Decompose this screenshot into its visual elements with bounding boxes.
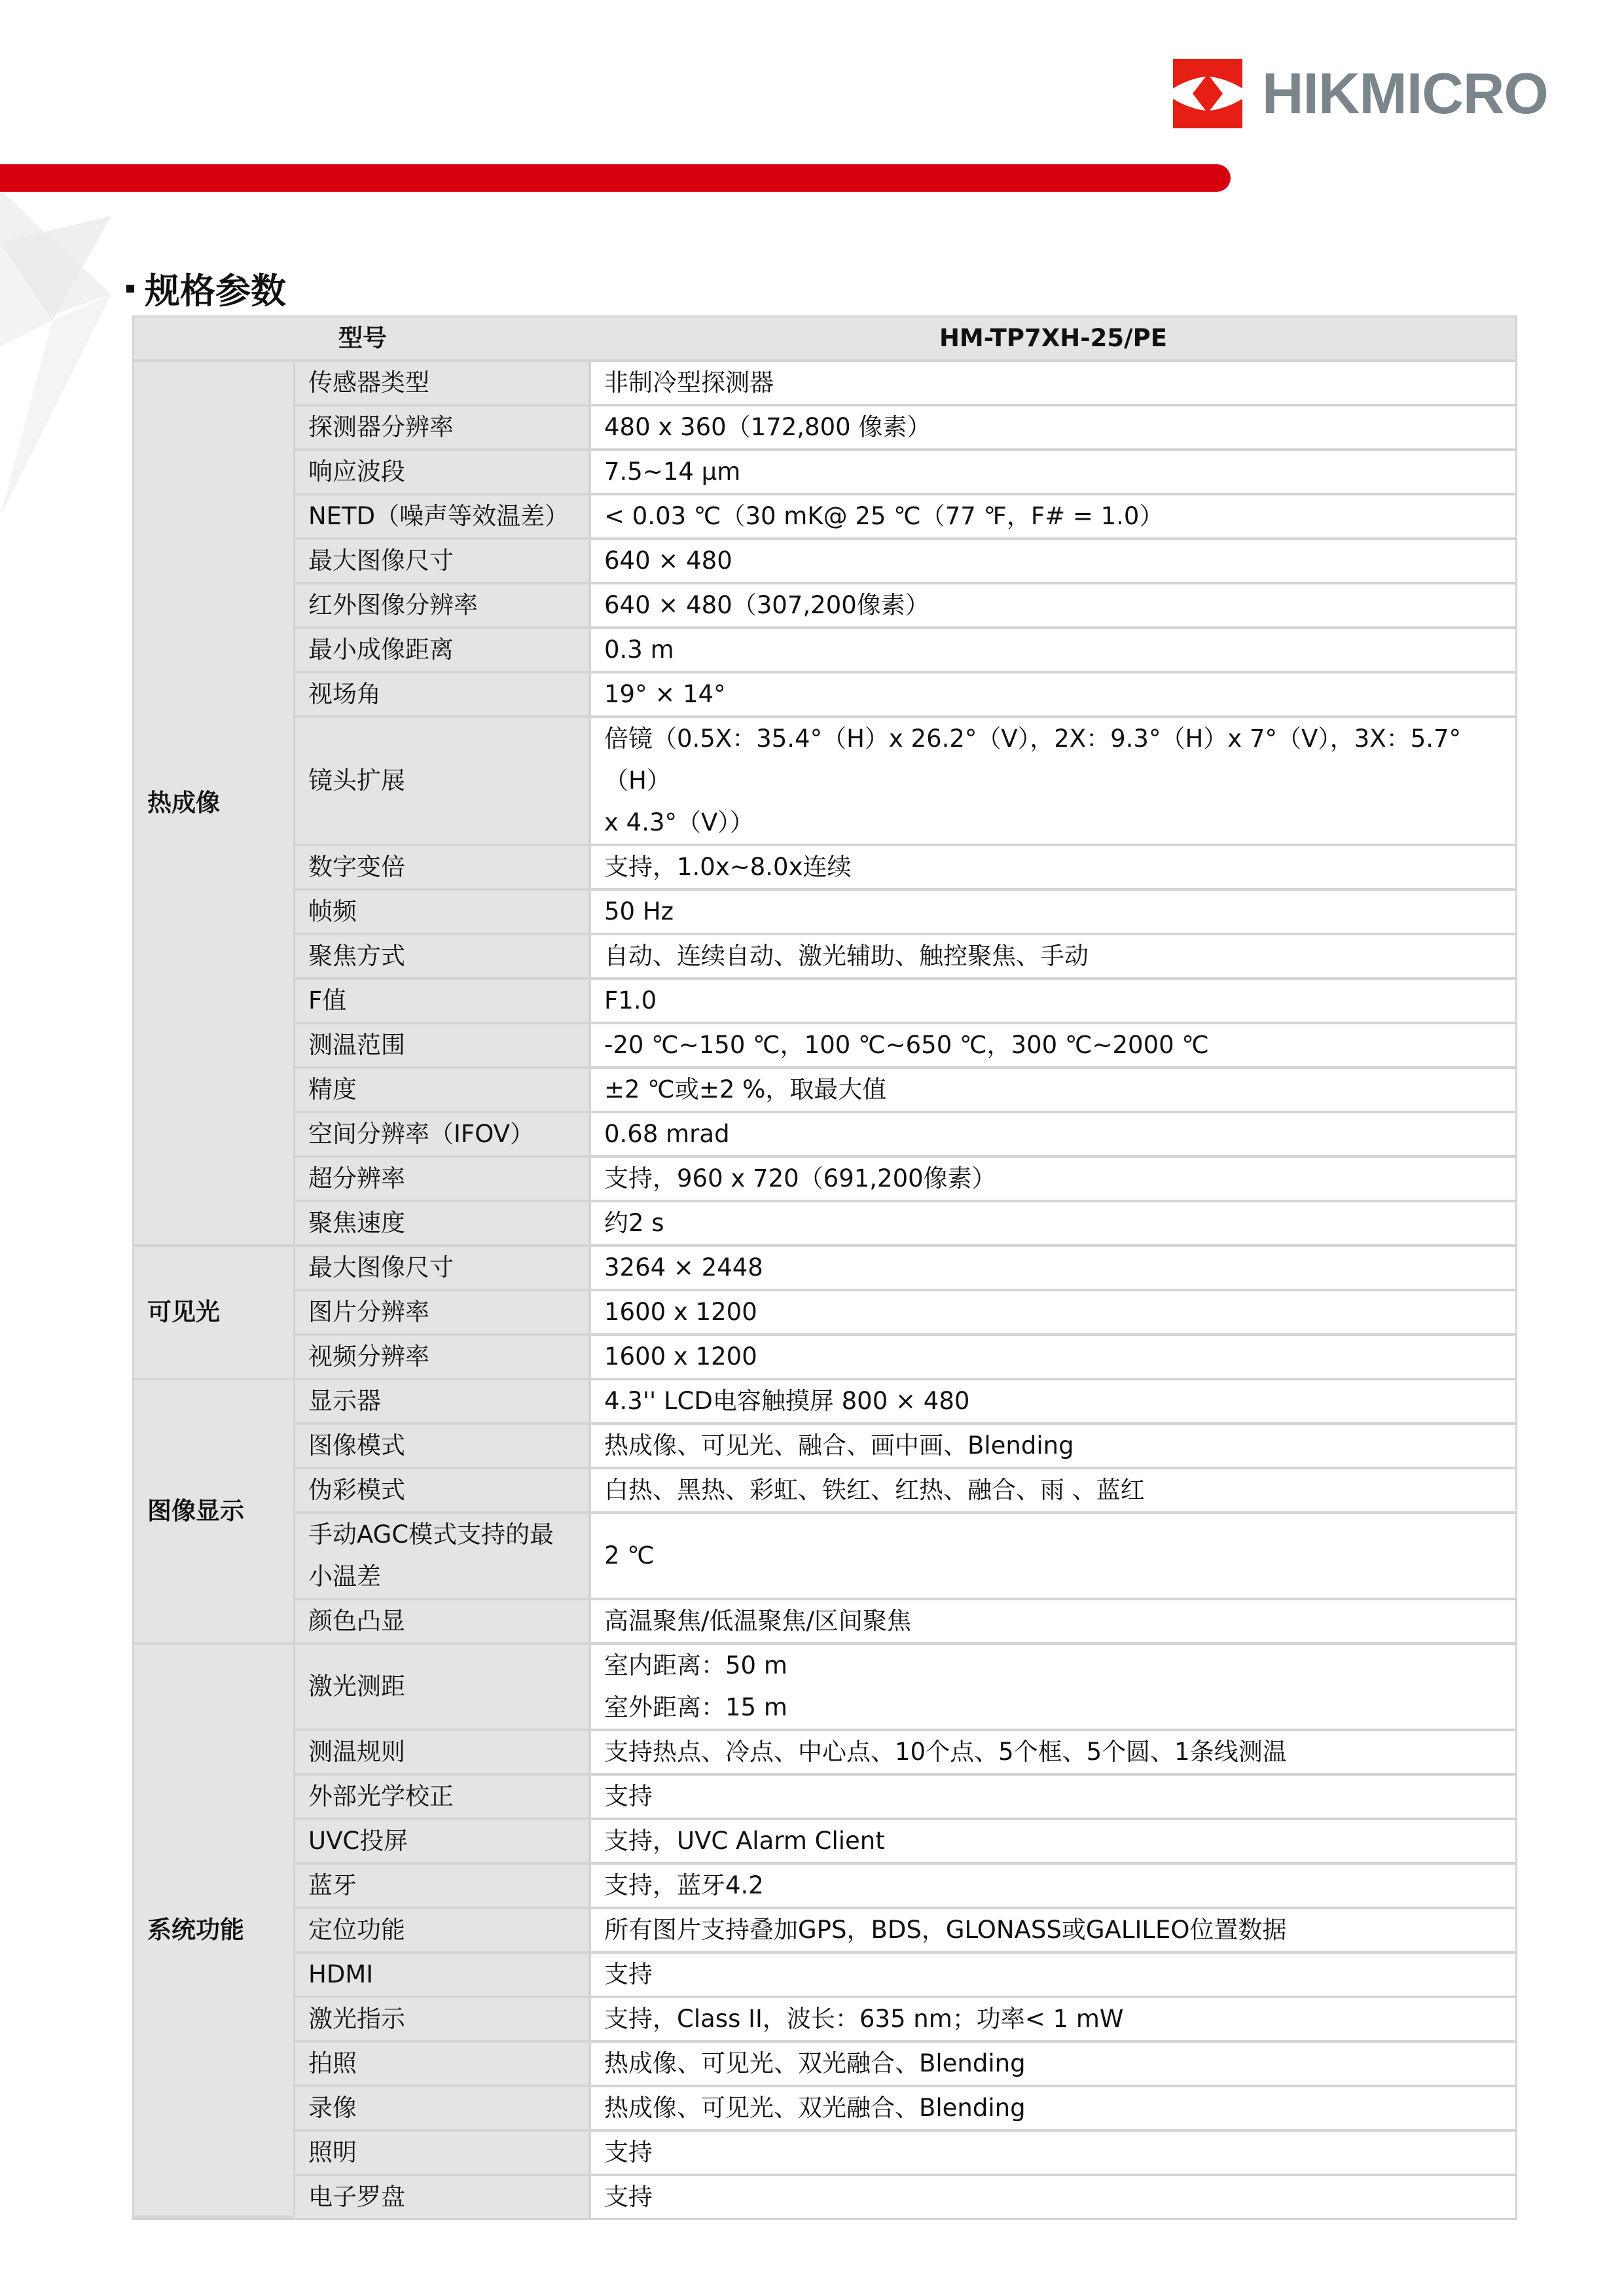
table-header-row: 型号 HM-TP7XH-25/PE — [134, 317, 1515, 362]
spec-value-line: 高温聚焦/低温聚焦/区间聚焦 — [604, 1600, 1502, 1642]
spec-value: 室内距离：50 m室外距离：15 m — [591, 1645, 1515, 1731]
category-cell: 图像显示 — [134, 1380, 295, 1645]
spec-value: 支持，Class II，波长：635 nm；功率< 1 mW — [591, 1998, 1515, 2043]
spec-value: 1600 x 1200 — [591, 1291, 1515, 1336]
table-row: 聚焦方式自动、连续自动、激光辅助、触控聚焦、手动 — [134, 935, 1515, 980]
spec-value: 支持 — [591, 2132, 1515, 2176]
spec-key: HDMI — [295, 1954, 591, 1998]
table-row: 探测器分辨率480 x 360（172,800 像素） — [134, 406, 1515, 451]
spec-value-line: 支持 — [604, 2132, 1502, 2174]
spec-value-line: 50 Hz — [604, 891, 1502, 933]
table-row: 超分辨率支持，960 x 720（691,200像素） — [134, 1158, 1515, 1202]
spec-value: 高温聚焦/低温聚焦/区间聚焦 — [591, 1600, 1515, 1645]
bullet-icon — [126, 285, 134, 293]
spec-value: 非制冷型探测器 — [591, 362, 1515, 406]
table-row: 激光指示支持，Class II，波长：635 nm；功率< 1 mW — [134, 1998, 1515, 2043]
table-row: 定位功能所有图片支持叠加GPS，BDS，GLONASS或GALILEO位置数据 — [134, 1909, 1515, 1954]
spec-value-line: F1.0 — [604, 980, 1502, 1022]
spec-key: 最小成像距离 — [295, 629, 591, 673]
spec-key: 聚焦方式 — [295, 935, 591, 980]
table-row: 镜头扩展倍镜（0.5X：35.4°（H）x 26.2°（V），2X：9.3°（H… — [134, 718, 1515, 846]
spec-key: 照明 — [295, 2132, 591, 2176]
decorative-triangles — [0, 190, 118, 530]
model-value: HM-TP7XH-25/PE — [591, 317, 1515, 362]
spec-value-line: 640 × 480（307,200像素） — [604, 584, 1502, 626]
table-row: 蓝牙支持，蓝牙4.2 — [134, 1865, 1515, 1909]
spec-key: 最大图像尺寸 — [295, 540, 591, 584]
table-row: 手动AGC模式支持的最小温差2 ℃ — [134, 1514, 1515, 1600]
spec-value: 白热、黑热、彩虹、铁红、红热、融合、雨 、蓝红 — [591, 1469, 1515, 1514]
table-row: 颜色凸显高温聚焦/低温聚焦/区间聚焦 — [134, 1600, 1515, 1645]
spec-value: 4.3'' LCD电容触摸屏 800 × 480 — [591, 1380, 1515, 1425]
spec-value-line: 3264 × 2448 — [604, 1247, 1502, 1289]
spec-value-line: 1600 x 1200 — [604, 1336, 1502, 1378]
spec-value: 支持热点、冷点、中心点、10个点、5个框、5个圆、1条线测温 — [591, 1731, 1515, 1776]
spec-value-line: 热成像、可见光、双光融合、Blending — [604, 2043, 1502, 2085]
table-row: 视场角19° × 14° — [134, 673, 1515, 718]
table-row: 测温规则支持热点、冷点、中心点、10个点、5个框、5个圆、1条线测温 — [134, 1731, 1515, 1776]
spec-key: 视场角 — [295, 673, 591, 718]
table-row: 图像显示显示器4.3'' LCD电容触摸屏 800 × 480 — [134, 1380, 1515, 1425]
spec-value-line: 支持，Class II，波长：635 nm；功率< 1 mW — [604, 1998, 1502, 2040]
spec-value: 自动、连续自动、激光辅助、触控聚焦、手动 — [591, 935, 1515, 980]
spec-key: 外部光学校正 — [295, 1776, 591, 1820]
table-row: 图片分辨率1600 x 1200 — [134, 1291, 1515, 1336]
model-label: 型号 — [134, 317, 591, 362]
table-row: 帧频50 Hz — [134, 891, 1515, 935]
spec-key: 传感器类型 — [295, 362, 591, 406]
spec-value-line: x 4.3°（V）） — [604, 802, 1502, 844]
spec-key: 定位功能 — [295, 1909, 591, 1954]
spec-value-line: 支持 — [604, 1776, 1502, 1818]
spec-value-line: 非制冷型探测器 — [604, 362, 1502, 404]
section-title-text: 规格参数 — [145, 263, 286, 314]
spec-key: 空间分辨率（IFOV） — [295, 1113, 591, 1158]
spec-value: 支持，1.0x~8.0x连续 — [591, 846, 1515, 891]
spec-value: ±2 ℃或±2 %，取最大值 — [591, 1069, 1515, 1113]
spec-value: 640 × 480（307,200像素） — [591, 584, 1515, 629]
hikmicro-logo-icon — [1173, 59, 1242, 128]
spec-value-line: 640 × 480 — [604, 540, 1502, 582]
spec-value: 0.3 m — [591, 629, 1515, 673]
spec-value: 2 ℃ — [591, 1514, 1515, 1600]
table-row: 最大图像尺寸640 × 480 — [134, 540, 1515, 584]
spec-value-line: 白热、黑热、彩虹、铁红、红热、融合、雨 、蓝红 — [604, 1469, 1502, 1511]
spec-value-line: -20 ℃~150 ℃，100 ℃~650 ℃，300 ℃~2000 ℃ — [604, 1024, 1502, 1066]
spec-key: 显示器 — [295, 1380, 591, 1425]
spec-key: 录像 — [295, 2087, 591, 2132]
spec-key: F值 — [295, 980, 591, 1024]
spec-value-line: 热成像、可见光、双光融合、Blending — [604, 2087, 1502, 2129]
spec-key: 探测器分辨率 — [295, 406, 591, 451]
spec-value: 支持，UVC Alarm Client — [591, 1820, 1515, 1865]
spec-value: 热成像、可见光、双光融合、Blending — [591, 2043, 1515, 2087]
table-row: 红外图像分辨率640 × 480（307,200像素） — [134, 584, 1515, 629]
spec-value-line: 热成像、可见光、融合、画中画、Blending — [604, 1425, 1502, 1467]
table-row: 视频分辨率1600 x 1200 — [134, 1336, 1515, 1380]
brand-logo: HIKMICRO — [1173, 59, 1548, 128]
spec-value: 640 × 480 — [591, 540, 1515, 584]
category-cell: 可见光 — [134, 1247, 295, 1380]
spec-value-line: 4.3'' LCD电容触摸屏 800 × 480 — [604, 1380, 1502, 1422]
table-row: F值F1.0 — [134, 980, 1515, 1024]
spec-value: -20 ℃~150 ℃，100 ℃~650 ℃，300 ℃~2000 ℃ — [591, 1024, 1515, 1069]
spec-value-line: 支持 — [604, 2176, 1502, 2218]
spec-key: 最大图像尺寸 — [295, 1247, 591, 1291]
table-row: 照明支持 — [134, 2132, 1515, 2176]
spec-key: 手动AGC模式支持的最小温差 — [295, 1514, 591, 1600]
spec-value: < 0.03 ℃（30 mK@ 25 ℃（77 ℉，F# = 1.0） — [591, 495, 1515, 540]
table-row: 外部光学校正支持 — [134, 1776, 1515, 1820]
spec-key: 数字变倍 — [295, 846, 591, 891]
spec-key: 精度 — [295, 1069, 591, 1113]
table-row: HDMI支持 — [134, 1954, 1515, 1998]
spec-key: 激光测距 — [295, 1645, 591, 1731]
spec-value: 所有图片支持叠加GPS，BDS，GLONASS或GALILEO位置数据 — [591, 1909, 1515, 1954]
table-row: 测温范围-20 ℃~150 ℃，100 ℃~650 ℃，300 ℃~2000 ℃ — [134, 1024, 1515, 1069]
spec-key: 超分辨率 — [295, 1158, 591, 1202]
spec-value-line: 所有图片支持叠加GPS，BDS，GLONASS或GALILEO位置数据 — [604, 1909, 1502, 1951]
table-row: NETD（噪声等效温差）< 0.03 ℃（30 mK@ 25 ℃（77 ℉，F#… — [134, 495, 1515, 540]
spec-value-line: 480 x 360（172,800 像素） — [604, 406, 1502, 448]
spec-key: 激光指示 — [295, 1998, 591, 2043]
spec-value: 支持 — [591, 2176, 1515, 2218]
spec-key: 帧频 — [295, 891, 591, 935]
table-row: UVC投屏支持，UVC Alarm Client — [134, 1820, 1515, 1865]
spec-key: 测温范围 — [295, 1024, 591, 1069]
spec-value: 支持，蓝牙4.2 — [591, 1865, 1515, 1909]
section-title: 规格参数 — [126, 263, 286, 314]
table-row: 拍照热成像、可见光、双光融合、Blending — [134, 2043, 1515, 2087]
spec-value: 倍镜（0.5X：35.4°（H）x 26.2°（V），2X：9.3°（H）x 7… — [591, 718, 1515, 846]
spec-key: 电子罗盘 — [295, 2176, 591, 2218]
category-cell: 系统功能 — [134, 1645, 295, 2218]
spec-value-line: 支持，1.0x~8.0x连续 — [604, 846, 1502, 888]
spec-value: 0.68 mrad — [591, 1113, 1515, 1158]
spec-value-line: 7.5~14 μm — [604, 451, 1502, 493]
spec-key: 颜色凸显 — [295, 1600, 591, 1645]
spec-key: 镜头扩展 — [295, 718, 591, 846]
category-cell: 热成像 — [134, 362, 295, 1247]
table-row: 系统功能激光测距室内距离：50 m室外距离：15 m — [134, 1645, 1515, 1731]
table-row: 数字变倍支持，1.0x~8.0x连续 — [134, 846, 1515, 891]
spec-value: F1.0 — [591, 980, 1515, 1024]
table-row: 聚焦速度约2 s — [134, 1202, 1515, 1247]
spec-value-line: 支持 — [604, 1954, 1502, 1996]
spec-value-line: 室外距离：15 m — [604, 1687, 1502, 1729]
spec-key: 拍照 — [295, 2043, 591, 2087]
spec-key: 图片分辨率 — [295, 1291, 591, 1336]
header-red-bar — [0, 164, 1231, 192]
spec-value-line: 支持热点、冷点、中心点、10个点、5个框、5个圆、1条线测温 — [604, 1731, 1502, 1773]
spec-value: 约2 s — [591, 1202, 1515, 1247]
spec-value-line: 支持，UVC Alarm Client — [604, 1820, 1502, 1862]
spec-value: 支持，960 x 720（691,200像素） — [591, 1158, 1515, 1202]
table-row: 录像热成像、可见光、双光融合、Blending — [134, 2087, 1515, 2132]
table-row: 空间分辨率（IFOV）0.68 mrad — [134, 1113, 1515, 1158]
spec-value-line: 支持，蓝牙4.2 — [604, 1865, 1502, 1907]
spec-value-line: 约2 s — [604, 1202, 1502, 1244]
spec-key: UVC投屏 — [295, 1820, 591, 1865]
spec-value-line: 倍镜（0.5X：35.4°（H）x 26.2°（V），2X：9.3°（H）x 7… — [604, 718, 1502, 802]
spec-key: 视频分辨率 — [295, 1336, 591, 1380]
spec-value: 480 x 360（172,800 像素） — [591, 406, 1515, 451]
spec-value: 热成像、可见光、融合、画中画、Blending — [591, 1425, 1515, 1469]
spec-key: 测温规则 — [295, 1731, 591, 1776]
table-row: 可见光最大图像尺寸3264 × 2448 — [134, 1247, 1515, 1291]
spec-value: 7.5~14 μm — [591, 451, 1515, 495]
table-row: 精度±2 ℃或±2 %，取最大值 — [134, 1069, 1515, 1113]
spec-value-line: 0.68 mrad — [604, 1113, 1502, 1155]
spec-key: 伪彩模式 — [295, 1469, 591, 1514]
table-row: 最小成像距离0.3 m — [134, 629, 1515, 673]
spec-key: 图像模式 — [295, 1425, 591, 1469]
table-row: 伪彩模式白热、黑热、彩虹、铁红、红热、融合、雨 、蓝红 — [134, 1469, 1515, 1514]
spec-value-line: 1600 x 1200 — [604, 1291, 1502, 1333]
spec-table: 型号 HM-TP7XH-25/PE 热成像传感器类型非制冷型探测器探测器分辨率4… — [132, 315, 1517, 2220]
spec-value-line: 支持，960 x 720（691,200像素） — [604, 1158, 1502, 1200]
spec-value-line: 19° × 14° — [604, 673, 1502, 715]
spec-value-line: 自动、连续自动、激光辅助、触控聚焦、手动 — [604, 935, 1502, 977]
spec-value: 支持 — [591, 1954, 1515, 1998]
brand-name: HIKMICRO — [1262, 60, 1548, 127]
table-row: 图像模式热成像、可见光、融合、画中画、Blending — [134, 1425, 1515, 1469]
spec-value-line: 室内距离：50 m — [604, 1645, 1502, 1687]
spec-value: 3264 × 2448 — [591, 1247, 1515, 1291]
spec-value: 支持 — [591, 1776, 1515, 1820]
table-row: 热成像传感器类型非制冷型探测器 — [134, 362, 1515, 406]
spec-key: 聚焦速度 — [295, 1202, 591, 1247]
table-row: 响应波段7.5~14 μm — [134, 451, 1515, 495]
spec-key: 红外图像分辨率 — [295, 584, 591, 629]
spec-value: 1600 x 1200 — [591, 1336, 1515, 1380]
spec-value-line: 0.3 m — [604, 629, 1502, 671]
spec-key: 响应波段 — [295, 451, 591, 495]
spec-value-line: 2 ℃ — [604, 1535, 1502, 1577]
table-row: 电子罗盘支持 — [134, 2176, 1515, 2218]
spec-value: 19° × 14° — [591, 673, 1515, 718]
spec-value: 50 Hz — [591, 891, 1515, 935]
spec-key: NETD（噪声等效温差） — [295, 495, 591, 540]
spec-value-line: ±2 ℃或±2 %，取最大值 — [604, 1069, 1502, 1111]
spec-key: 蓝牙 — [295, 1865, 591, 1909]
spec-value-line: < 0.03 ℃（30 mK@ 25 ℃（77 ℉，F# = 1.0） — [604, 495, 1502, 537]
spec-value: 热成像、可见光、双光融合、Blending — [591, 2087, 1515, 2132]
